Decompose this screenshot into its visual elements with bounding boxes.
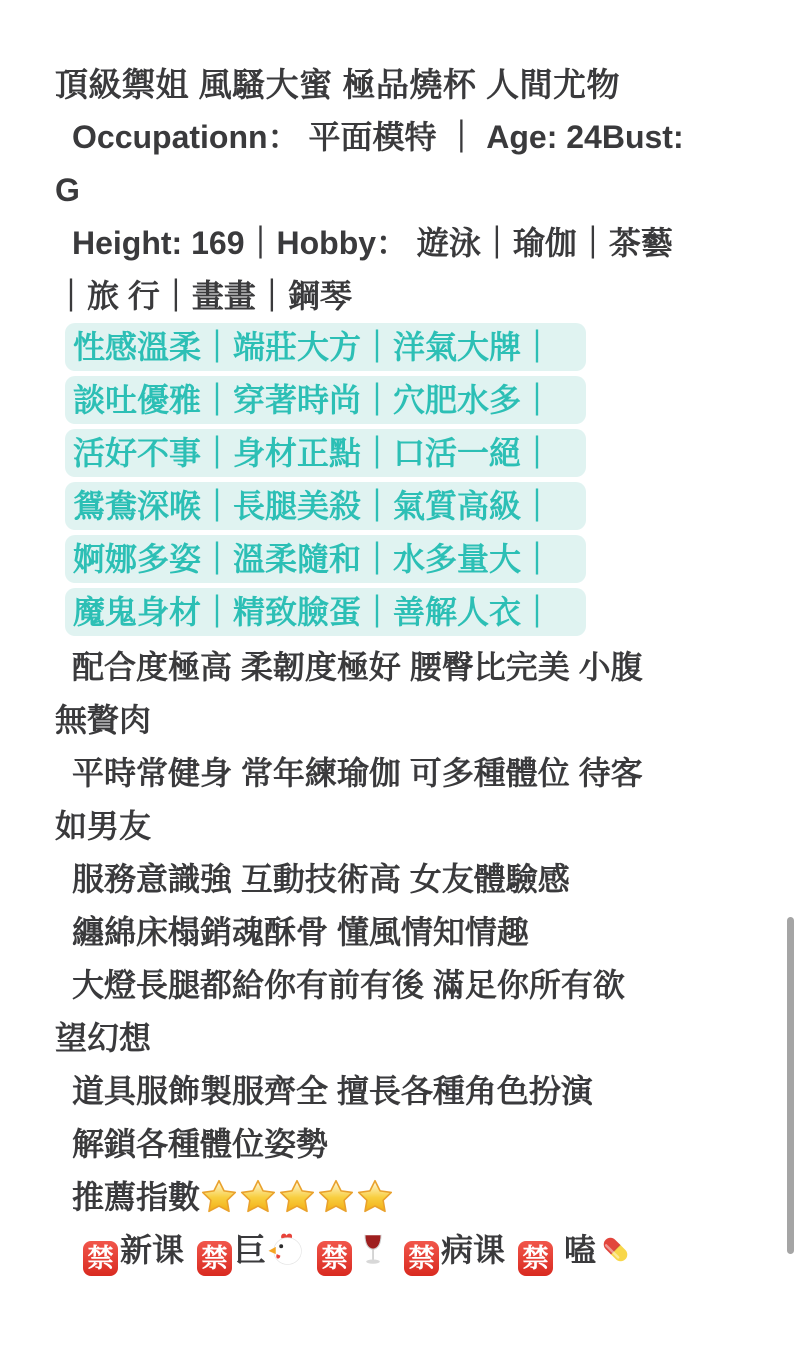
highlight-row: 談吐優雅｜穿著時尚｜穴肥水多｜ bbox=[65, 376, 586, 424]
ban-text: 巨 bbox=[234, 1232, 266, 1268]
text-line: 道具服飾製服齊全 擅長各種角色扮演 bbox=[55, 1065, 750, 1118]
highlight-row: 婀娜多姿｜溫柔隨和｜水多量大｜ bbox=[65, 535, 586, 583]
listing-content: 頂級禦姐 風騷大蜜 極品燒杯 人間尤物 Occupationn： 平面模特 ｜ … bbox=[0, 0, 800, 1277]
ban-group: 禁 嗑 bbox=[518, 1224, 634, 1277]
highlight-row: 鴛鴦深喉｜長腿美殺｜氣質高級｜ bbox=[65, 482, 586, 530]
prohibited-button-icon: 禁 bbox=[83, 1241, 118, 1276]
text-line: 無贅肉 bbox=[55, 694, 750, 747]
listing-page: 頂級禦姐 風騷大蜜 極品燒杯 人間尤物 Occupationn： 平面模特 ｜ … bbox=[0, 0, 800, 1348]
ban-text: 新课 bbox=[120, 1232, 184, 1268]
highlight-row: 活好不事｜身材正點｜口活一絕｜ bbox=[65, 429, 586, 477]
chicken-icon bbox=[267, 1231, 304, 1268]
star-icon bbox=[200, 1178, 238, 1216]
wine-glass-icon bbox=[355, 1232, 391, 1268]
rating-label: 推薦指數 bbox=[72, 1179, 200, 1215]
text-line: Occupationn： 平面模特 ｜ Age: 24Bust: bbox=[55, 111, 750, 164]
star-icon bbox=[239, 1178, 277, 1216]
ban-line: 禁新课禁巨 禁 禁病课禁 嗑 bbox=[55, 1224, 750, 1277]
star-icon bbox=[317, 1178, 355, 1216]
ban-text: 病课 bbox=[441, 1232, 505, 1268]
text-line: 大燈長腿都給你有前有後 滿足你所有欲 bbox=[55, 959, 750, 1012]
pill-icon bbox=[597, 1231, 634, 1268]
star-icon bbox=[278, 1178, 316, 1216]
star-rating bbox=[200, 1179, 395, 1215]
scrollbar-thumb[interactable] bbox=[787, 917, 794, 1254]
highlight-rows: 性感溫柔｜端莊大方｜洋氣大牌｜談吐優雅｜穿著時尚｜穴肥水多｜活好不事｜身材正點｜… bbox=[55, 323, 750, 636]
ban-text: 嗑 bbox=[555, 1232, 596, 1268]
prohibited-button-icon: 禁 bbox=[518, 1241, 553, 1276]
text-line: 望幻想 bbox=[55, 1012, 750, 1065]
highlight-row: 性感溫柔｜端莊大方｜洋氣大牌｜ bbox=[65, 323, 586, 371]
text-line: 配合度極高 柔韌度極好 腰臀比完美 小腹 bbox=[55, 641, 750, 694]
rating-line: 推薦指數 bbox=[55, 1171, 750, 1224]
header-lines: Occupationn： 平面模特 ｜ Age: 24Bust:GHeight:… bbox=[55, 111, 750, 323]
page-title: 頂級禦姐 風騷大蜜 極品燒杯 人間尤物 bbox=[55, 58, 750, 111]
text-line: 如男友 bbox=[55, 800, 750, 853]
text-line: ｜旅 行｜畫畫｜鋼琴 bbox=[55, 270, 750, 323]
text-line: 服務意識強 互動技術高 女友體驗感 bbox=[55, 853, 750, 906]
text-line: 纏綿床榻銷魂酥骨 懂風情知情趣 bbox=[55, 906, 750, 959]
star-icon bbox=[356, 1178, 394, 1216]
prohibited-button-icon: 禁 bbox=[317, 1241, 352, 1276]
ban-group: 禁巨 bbox=[197, 1224, 304, 1277]
body-lines: 配合度極高 柔韌度極好 腰臀比完美 小腹無贅肉平時常健身 常年練瑜伽 可多種體位… bbox=[55, 641, 750, 1171]
ban-group: 禁新课 bbox=[83, 1224, 184, 1277]
ban-group: 禁 bbox=[317, 1224, 391, 1277]
highlight-row: 魔鬼身材｜精致臉蛋｜善解人衣｜ bbox=[65, 588, 586, 636]
text-line: G bbox=[55, 164, 750, 217]
prohibited-button-icon: 禁 bbox=[404, 1241, 439, 1276]
text-line: 解鎖各種體位姿勢 bbox=[55, 1118, 750, 1171]
text-line: Height: 169｜Hobby： 遊泳｜瑜伽｜茶藝 bbox=[55, 217, 750, 270]
prohibited-button-icon: 禁 bbox=[197, 1241, 232, 1276]
text-line: 平時常健身 常年練瑜伽 可多種體位 待客 bbox=[55, 747, 750, 800]
ban-group: 禁病课 bbox=[404, 1224, 505, 1277]
